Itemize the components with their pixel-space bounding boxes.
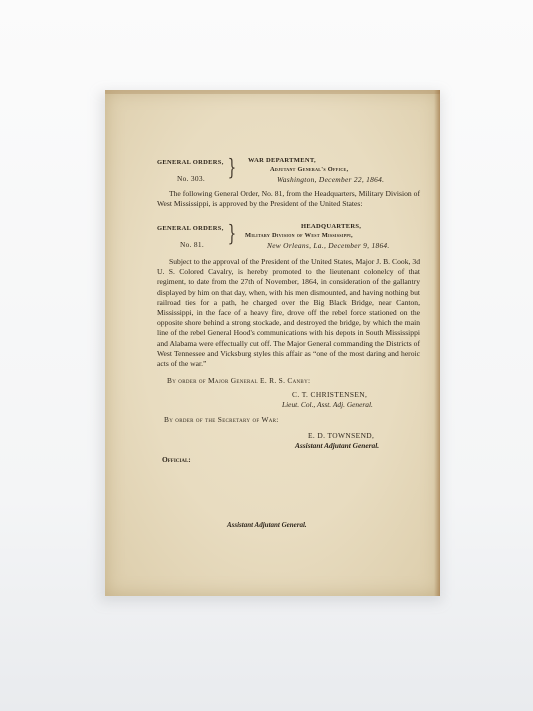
brace-icon: } (228, 158, 236, 180)
signer1-name: C. T. CHRISTENSEN, (292, 390, 367, 399)
order-by-canby: By order of Major General E. R. S. Canby… (167, 376, 310, 385)
header2-right-title: HEADQUARTERS, (301, 223, 361, 230)
official-label: Official: (162, 455, 191, 464)
header2-left-title: GENERAL ORDERS, (157, 225, 224, 232)
brace-icon: } (228, 224, 236, 246)
signer2-title: Assistant Adjutant General. (295, 441, 379, 450)
intro-paragraph: The following General Order, No. 81, fro… (157, 189, 420, 209)
header1-right-title: WAR DEPARTMENT, (248, 157, 316, 164)
paper-top-edge (105, 90, 440, 94)
header1-right-office: Adjutant General's Office, (270, 166, 348, 173)
header1-left-title: GENERAL ORDERS, (157, 159, 224, 166)
footer-title: Assistant Adjutant General. (227, 521, 307, 529)
order-body: Subject to the approval of the President… (157, 257, 420, 369)
order-body-text: Subject to the approval of the President… (157, 257, 420, 369)
order-by-secretary: By order of the Secretary of War: (164, 415, 279, 424)
intro-text: The following General Order, No. 81, fro… (157, 189, 420, 209)
header2-left-number: No. 81. (180, 240, 204, 249)
header2-right-date: New Orleans, La., December 9, 1864. (267, 241, 390, 250)
header2-right-office: Military Division of West Mississippi, (245, 232, 353, 239)
document-sheet: GENERAL ORDERS, No. 303. } WAR DEPARTMEN… (105, 90, 440, 596)
header1-right-date: Washington, December 22, 1864. (277, 175, 384, 184)
paper-right-edge (434, 90, 440, 596)
header1-left-number: No. 303. (177, 174, 205, 183)
signer1-title: Lieut. Col., Asst. Adj. General. (282, 400, 373, 409)
signer2-name: E. D. TOWNSEND, (308, 431, 374, 440)
